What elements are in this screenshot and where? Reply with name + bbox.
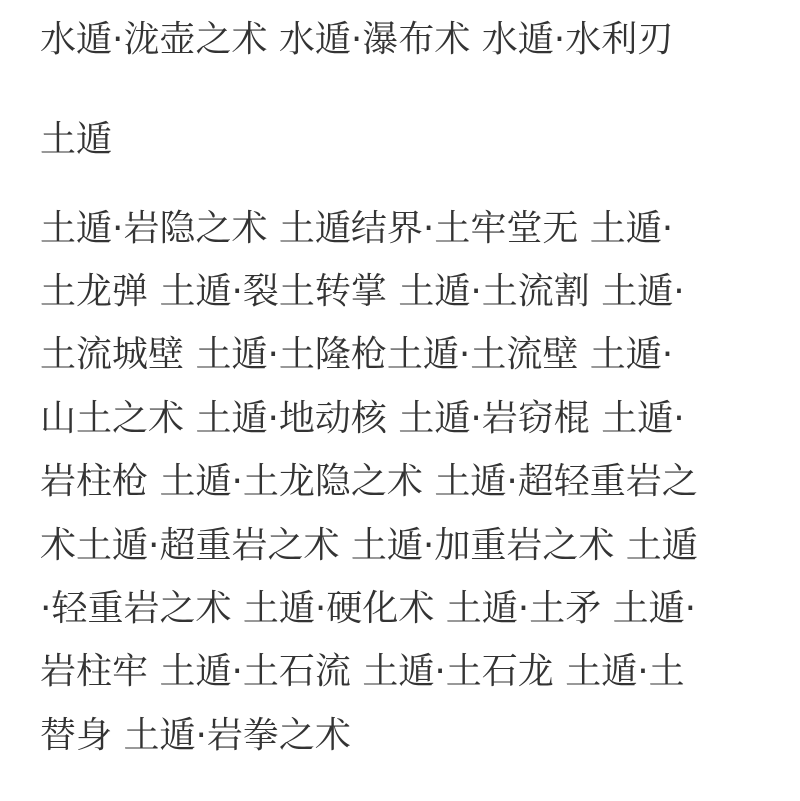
earth-jutsu-line: 土遁·岩隐之术 土遁结界·土牢堂无 土遁·: [40, 209, 673, 249]
earth-jutsu-line: 岩柱枪 土遁·土龙隐之术 土遁·超轻重岩之: [40, 462, 698, 502]
water-jutsu-line: 水遁·泷壶之术 水遁·瀑布术 水遁·水利刃: [40, 20, 673, 60]
earth-jutsu-line: 岩柱牢 土遁·土石流 土遁·土石龙 土遁·土: [40, 652, 685, 692]
earth-jutsu-line: 术土遁·超重岩之术 土遁·加重岩之术 土遁: [40, 526, 698, 566]
earth-jutsu-line: 土流城壁 土遁·土隆枪土遁·土流壁 土遁·: [40, 335, 673, 375]
earth-jutsu-line: 山土之术 土遁·地动核 土遁·岩窃棍 土遁·: [40, 399, 685, 439]
earth-jutsu-line: ·轻重岩之术 土遁·硬化术 土遁·土矛 土遁·: [40, 589, 696, 629]
earth-jutsu-line: 土龙弹 土遁·裂土转掌 土遁·土流割 土遁·: [40, 272, 685, 312]
earth-jutsu-line: 替身 土遁·岩拳之术: [40, 716, 351, 756]
document-page: 水遁·泷壶之术 水遁·瀑布术 水遁·水利刃 土遁 土遁·岩隐之术 土遁结界·土牢…: [0, 0, 800, 801]
section-heading-earth: 土遁: [40, 120, 112, 160]
